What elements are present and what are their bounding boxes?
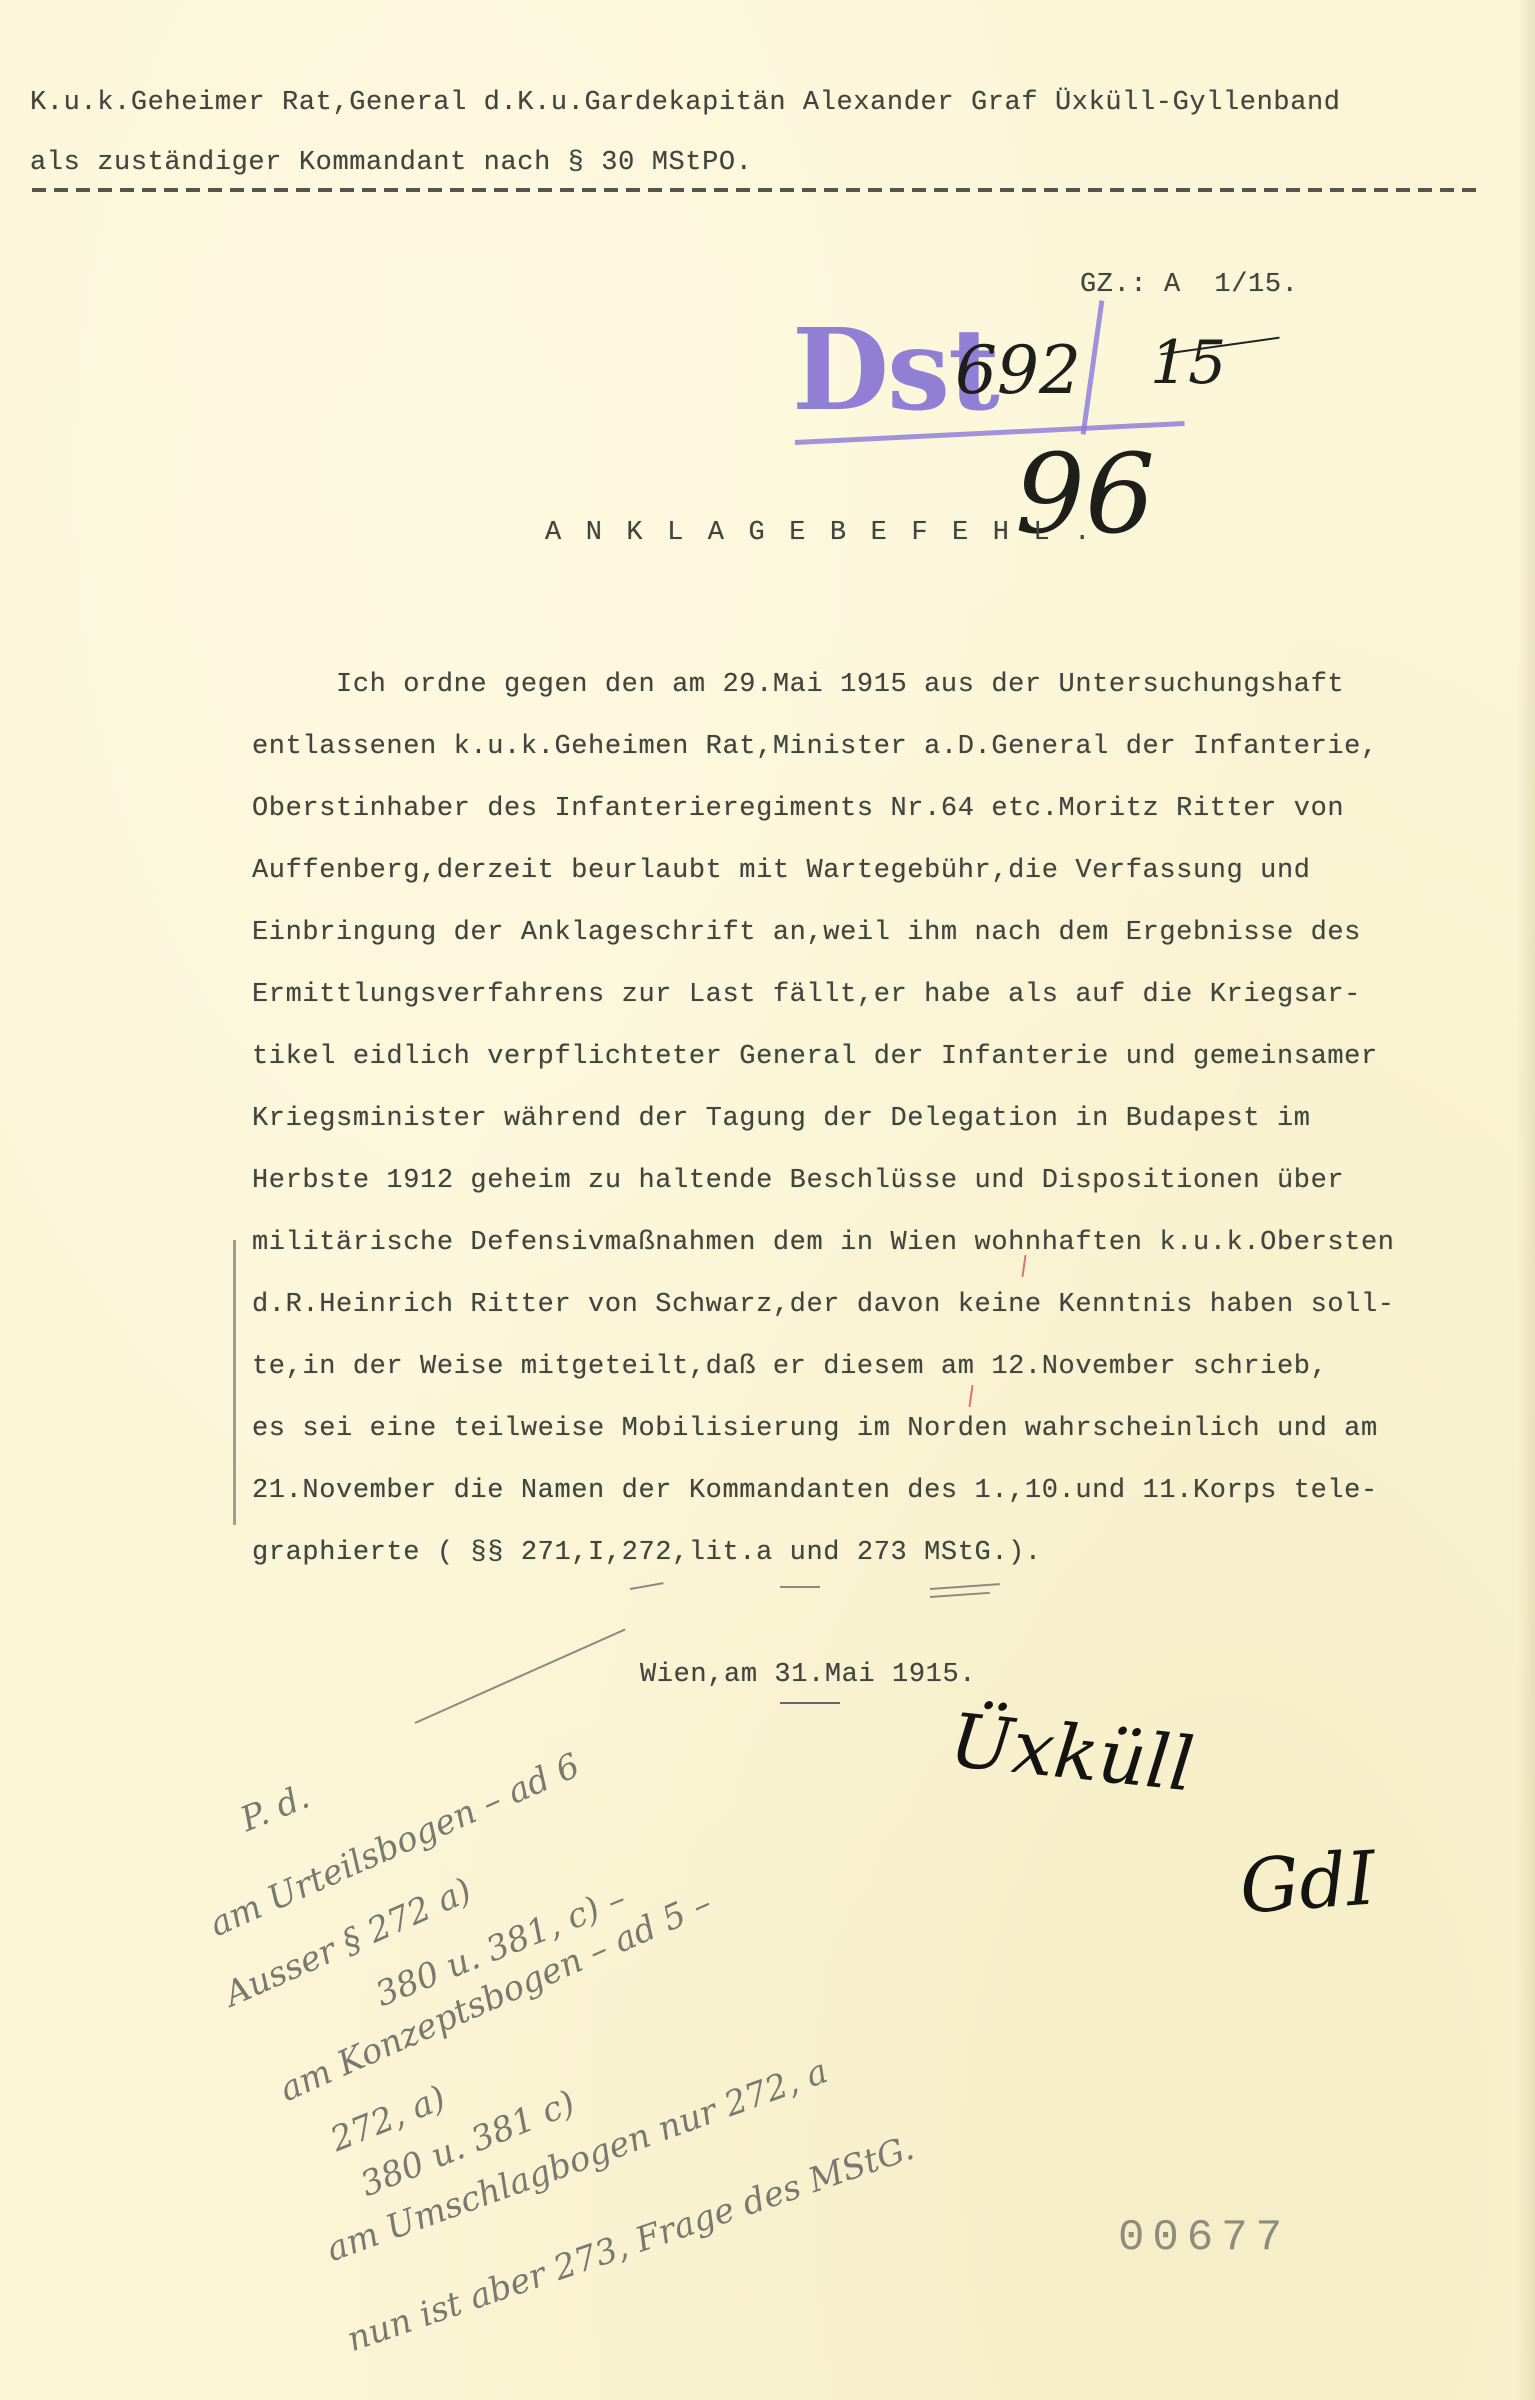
header-divider (32, 188, 1477, 192)
body-line: d.R.Heinrich Ritter von Schwarz,der davo… (252, 1290, 1395, 1320)
stamp-handwritten-number: 692 (955, 332, 1081, 409)
body-line: graphierte ( §§ 271,I,272,lit.a und 273 … (252, 1538, 1042, 1568)
body-line: Ich ordne gegen den am 29.Mai 1915 aus d… (252, 670, 1344, 700)
body-line: es sei eine teilweise Mobilisierung im N… (252, 1414, 1378, 1444)
folio-number: 00677 (1118, 2213, 1290, 2263)
header-line-1: K.u.k.Geheimer Rat,General d.K.u.Gardeka… (30, 88, 1341, 118)
body-line: militärische Defensivmaßnahmen dem in Wi… (252, 1228, 1395, 1258)
signature-rank: GdI (1237, 1835, 1378, 1930)
body-line: Auffenberg,derzeit beurlaubt mit Wartege… (252, 856, 1311, 886)
header-line-2: als zuständiger Kommandant nach § 30 MSt… (30, 148, 753, 178)
body-line: entlassenen k.u.k.Geheimen Rat,Minister … (252, 732, 1378, 762)
document-page (0, 0, 1535, 2400)
pencil-margin-bracket (233, 1240, 236, 1525)
body-line: Ermittlungsverfahrens zur Last fällt,er … (252, 980, 1361, 1010)
date-underline (780, 1702, 840, 1704)
body-line: Einbringung der Anklageschrift an,weil i… (252, 918, 1361, 948)
body-line: 21.November die Namen der Kommandanten d… (252, 1476, 1378, 1506)
body-line: te,in der Weise mitgeteilt,daß er diesem… (252, 1352, 1327, 1382)
reference-number: GZ.: A 1/15. (1080, 270, 1298, 300)
body-line: Kriegsminister während der Tagung der De… (252, 1104, 1311, 1134)
place-date: Wien,am 31.Mai 1915. (640, 1660, 976, 1690)
stamp-handwritten-year: 15 (1150, 328, 1226, 398)
body-line: tikel eidlich verpflichteter General der… (252, 1042, 1378, 1072)
page-edge-shadow (1517, 0, 1535, 2400)
body-line: Oberstinhaber des Infanterieregiments Nr… (252, 794, 1344, 824)
pencil-arrow (780, 1586, 820, 1588)
document-title: ANKLAGEBEFEHL. (545, 518, 1115, 548)
body-line: Herbste 1912 geheim zu haltende Beschlüs… (252, 1166, 1344, 1196)
